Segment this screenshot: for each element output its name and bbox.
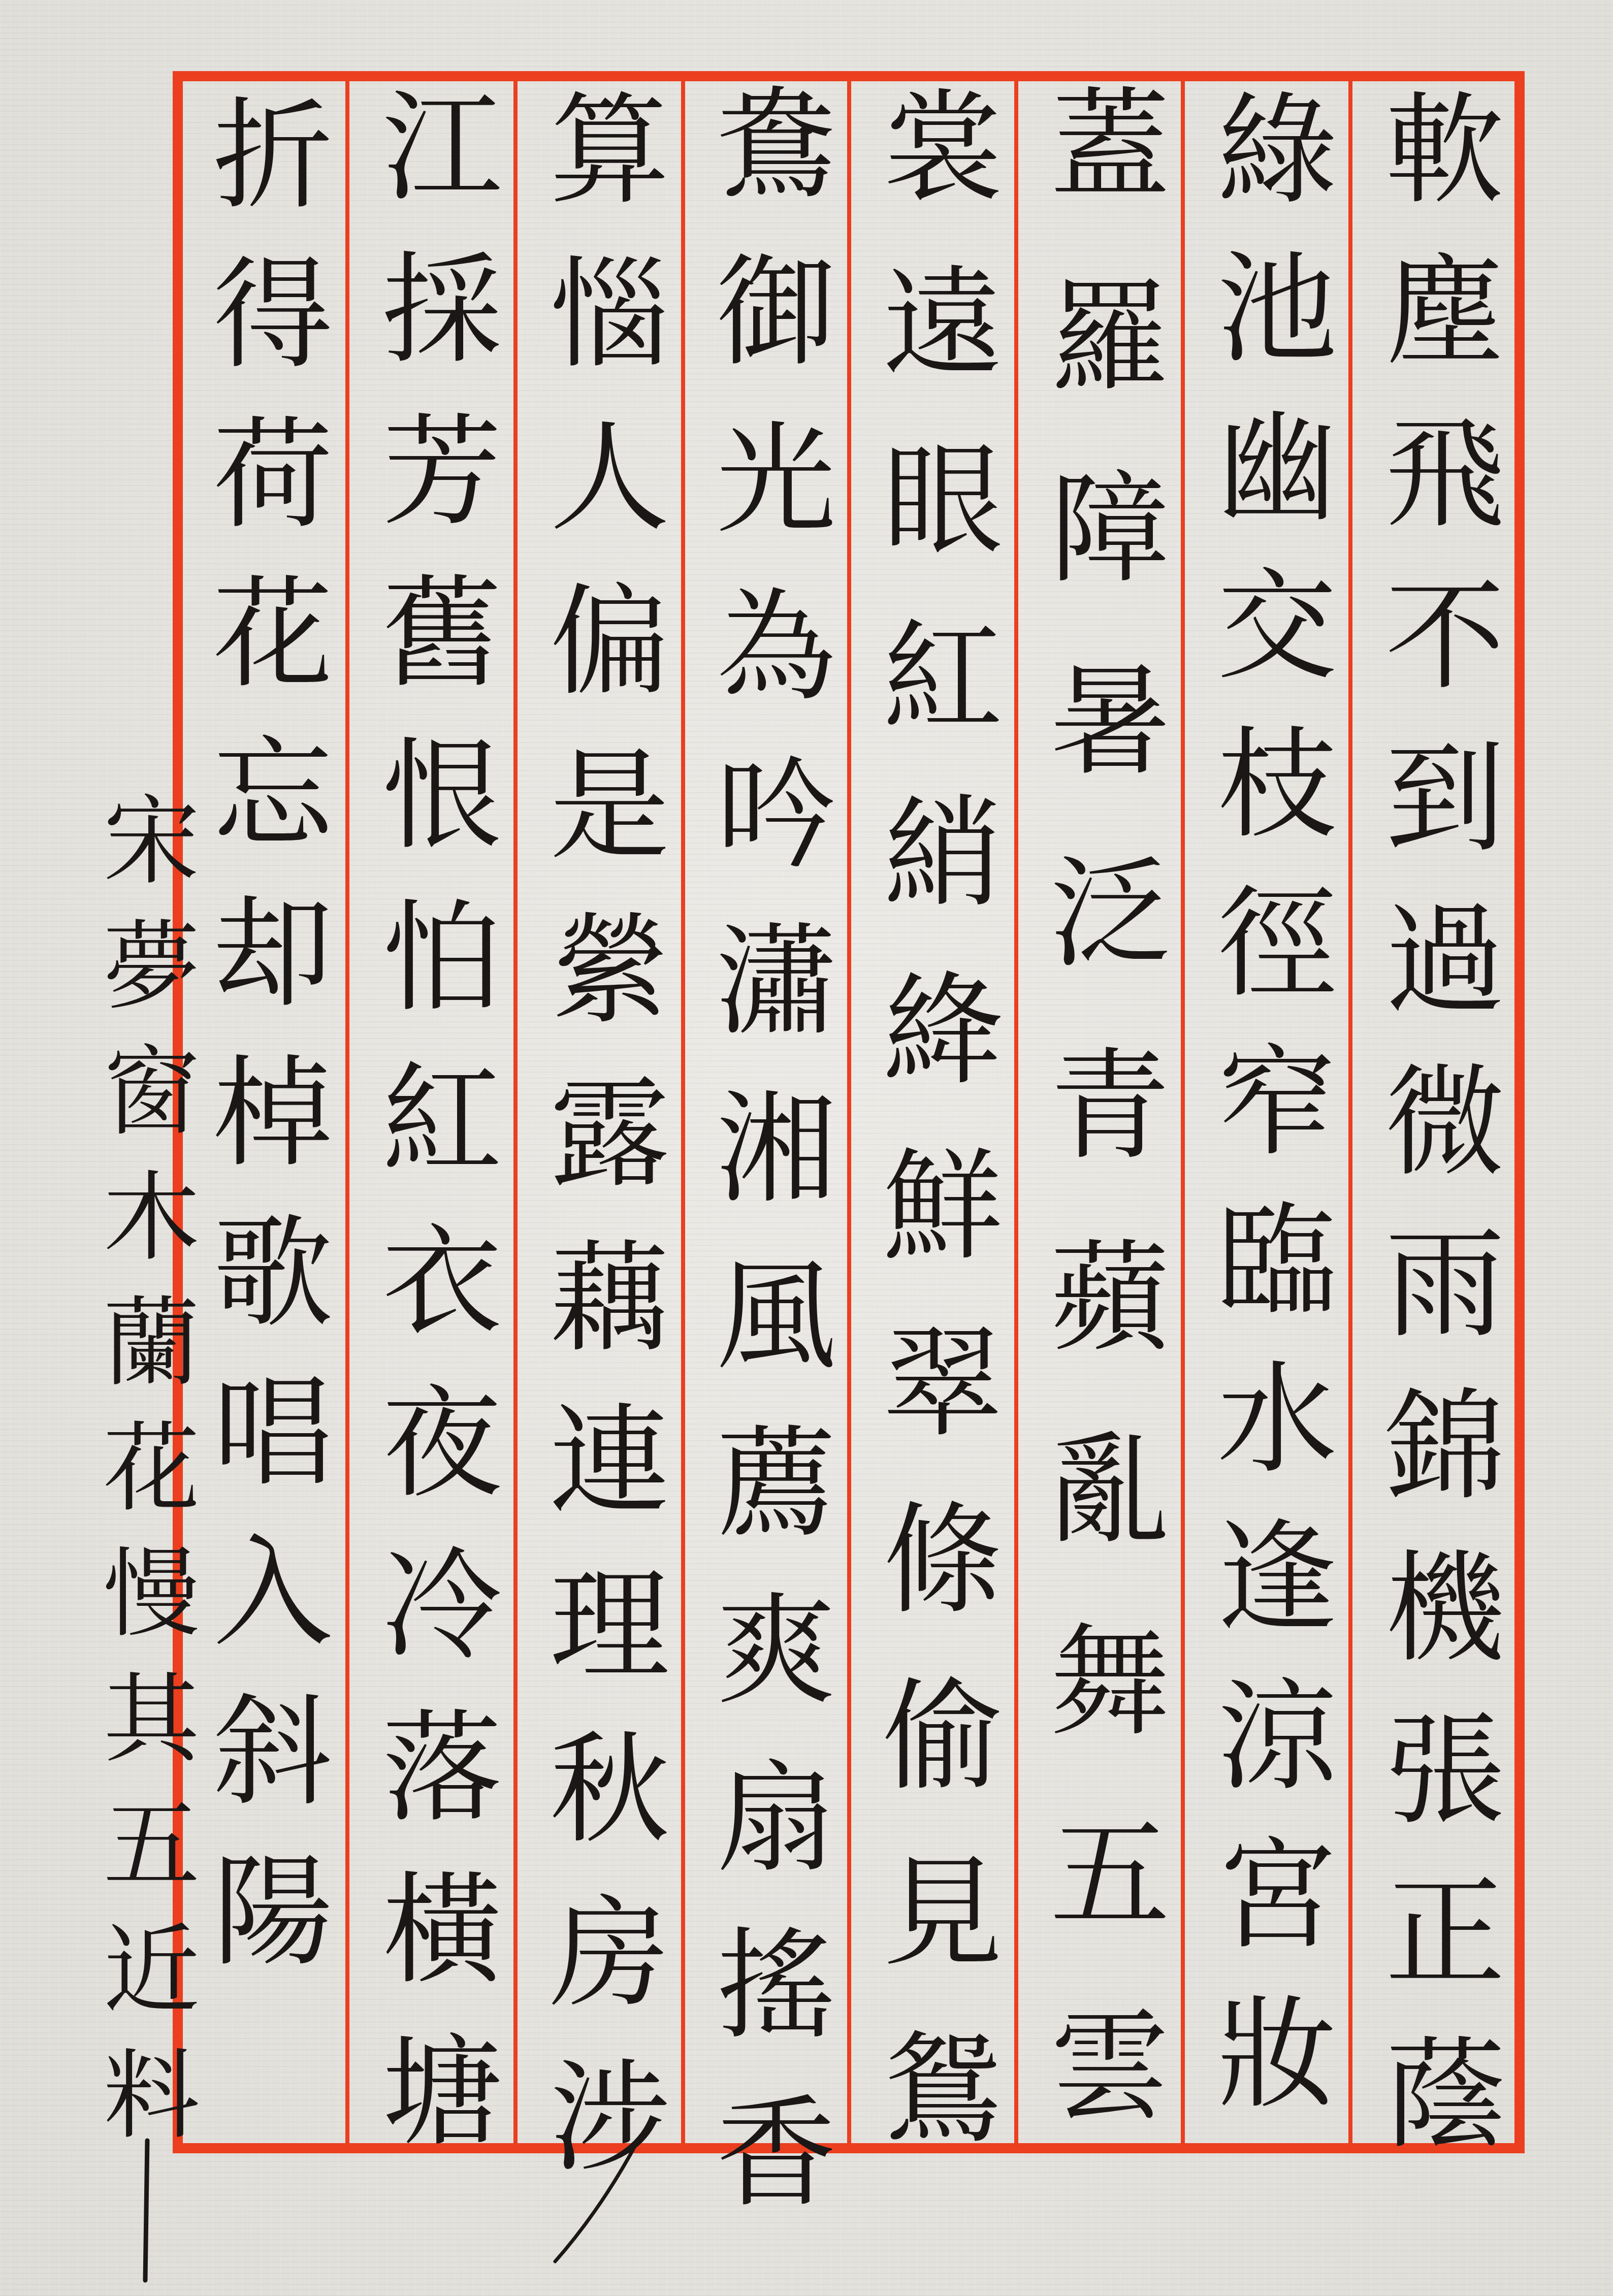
colophon-sequence: 其五 <box>87 1668 200 1919</box>
poem-column-5: 鴦御光為吟瀟湘風薦爽扇搖香 <box>685 81 847 2209</box>
colophon: 宋夢窗木蘭花慢其五近料 <box>82 790 204 2141</box>
poem-column-8: 折得荷花忘却棹歌唱入斜陽 <box>181 91 344 1968</box>
poem-column-1: 軟塵飛不到過微雨錦機張正蔭 <box>1353 86 1516 2151</box>
column-divider <box>1014 76 1018 2149</box>
poem-column-6: 算惱人偏是縈露藕連理秋房涉 <box>518 86 681 2174</box>
colophon-title: 木蘭花慢 <box>87 1166 200 1668</box>
column-divider <box>345 76 349 2149</box>
column-divider <box>1348 76 1352 2149</box>
poem-column-3: 蓋羅障暑泛青蘋亂舞五雲 <box>1018 81 1181 2123</box>
poem-column-7: 江採芳舊恨怕紅衣夜冷落橫塘 <box>350 84 513 2148</box>
poem-column-4: 裳遠眼紅綃絳鮮翠條偷見鴛 <box>851 84 1014 2146</box>
colophon-author: 夢窗 <box>87 915 200 1166</box>
column-divider <box>1181 76 1185 2149</box>
poem-column-2: 綠池幽交枝徑窄臨水逢涼宮妝 <box>1185 86 1348 2110</box>
column-divider <box>847 76 851 2149</box>
colophon-dynasty: 宋 <box>87 790 200 915</box>
column-divider <box>513 76 518 2149</box>
colophon-signature: 近料 <box>87 1919 200 2141</box>
